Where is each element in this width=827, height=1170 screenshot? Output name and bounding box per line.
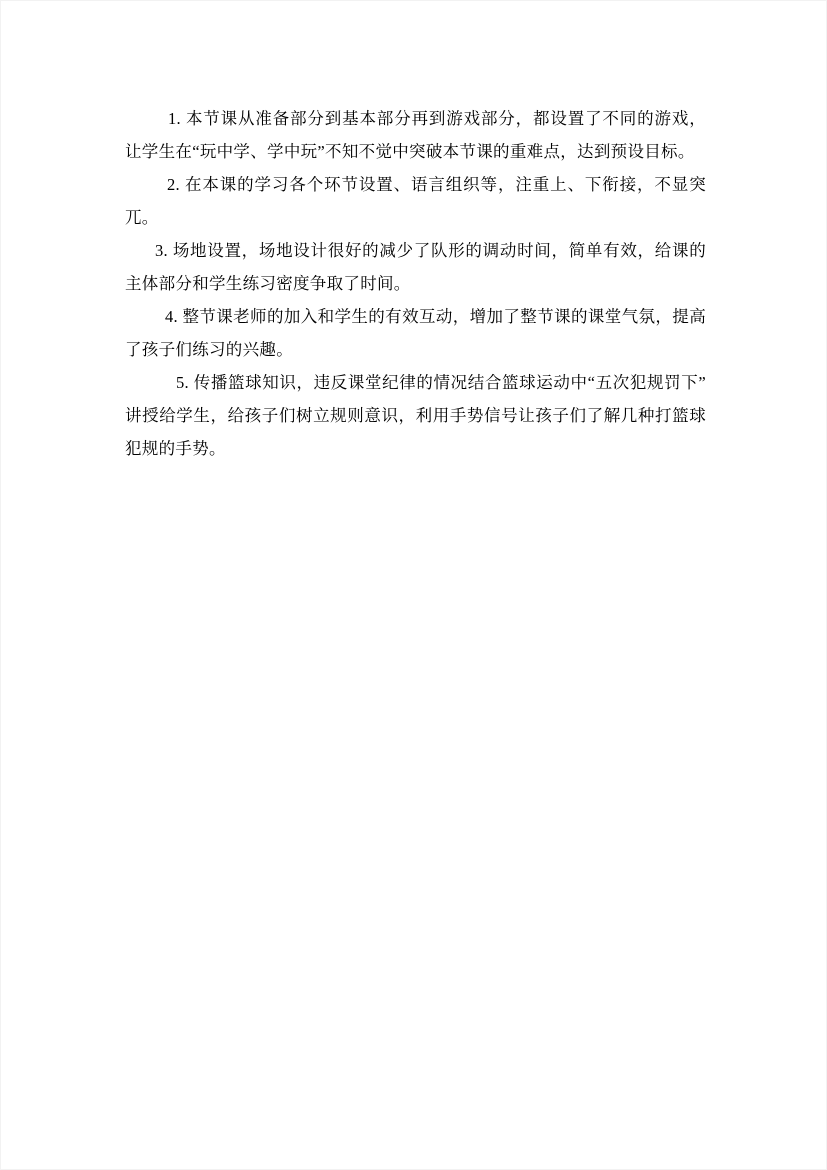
list-item-5: 5. 传播篮球知识，违反课堂纪律的情况结合篮球运动中“五次犯规罚下”讲授给学生，… — [125, 366, 706, 465]
list-item-3: 3. 场地设置，场地设计很好的减少了队形的调动时间，简单有效，给课的主体部分和学… — [125, 234, 706, 300]
document-body: 1. 本节课从准备部分到基本部分再到游戏部分，都设置了不同的游戏，让学生在“玩中… — [125, 102, 706, 465]
list-item-2: 2. 在本课的学习各个环节设置、语言组织等，注重上、下衔接，不显突兀。 — [125, 168, 706, 234]
document-page: 1. 本节课从准备部分到基本部分再到游戏部分，都设置了不同的游戏，让学生在“玩中… — [0, 0, 827, 1170]
list-item-4: 4. 整节课老师的加入和学生的有效互动，增加了整节课的课堂气氛，提高了孩子们练习… — [125, 300, 706, 366]
list-item-1: 1. 本节课从准备部分到基本部分再到游戏部分，都设置了不同的游戏，让学生在“玩中… — [125, 102, 706, 168]
